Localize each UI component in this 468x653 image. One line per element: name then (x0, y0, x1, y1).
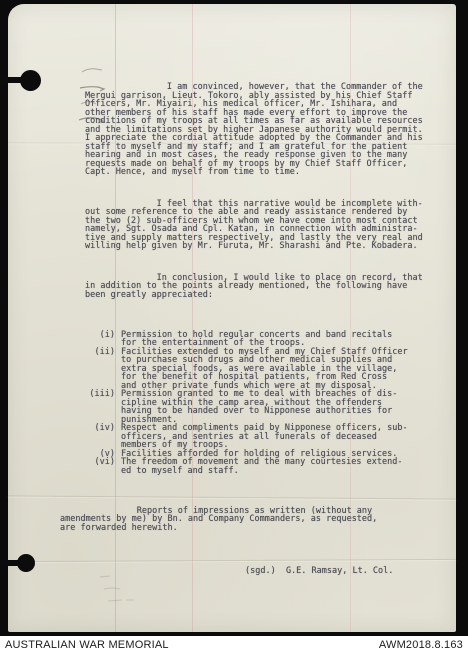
appreciation-list: (i)Permission to hold regular concerts a… (85, 331, 450, 476)
typewritten-text: I am convinced, however, that the Comman… (85, 66, 450, 592)
paragraph-3: In conclusion, I would like to place on … (85, 274, 450, 300)
list-item-text: Permission to hold regular concerts and … (121, 331, 392, 348)
closing-paragraph: Reports of impressions as written (witho… (60, 507, 450, 533)
list-item-number: (iv) (78, 424, 115, 450)
binder-hole-bottom (17, 554, 35, 572)
list-item-text: Facilities extended to myself and my Chi… (121, 348, 408, 391)
list-item: (i)Permission to hold regular concerts a… (78, 331, 450, 348)
caption-bar: AUSTRALIAN WAR MEMORIAL AWM2018.8.163 (0, 636, 468, 653)
list-item-number: (iii) (78, 390, 115, 424)
list-item: (ii)Facilities extended to myself and my… (78, 348, 450, 391)
scanned-page: I am convinced, however, that the Comman… (0, 0, 468, 636)
footer-accession-number: AWM2018.8.163 (379, 639, 463, 651)
list-item: (vi)The freedom of movement and the many… (78, 458, 450, 475)
list-item-text: Respect and compliments paid by Nippones… (121, 424, 408, 450)
list-item-number: (i) (78, 331, 115, 348)
list-item: (iii)Permission granted to me to deal wi… (78, 390, 450, 424)
list-item-number: (vi) (78, 458, 115, 475)
paragraph-1: I am convinced, however, that the Comman… (85, 83, 450, 177)
list-item-number: (ii) (78, 348, 115, 391)
binder-hole-top (20, 70, 41, 91)
list-item: (iv)Respect and compliments paid by Nipp… (78, 424, 450, 450)
paragraph-2: I feel that this narrative would be inco… (85, 200, 450, 251)
footer-archive-name: AUSTRALIAN WAR MEMORIAL (5, 639, 169, 651)
paper-sheet: I am convinced, however, that the Comman… (8, 4, 456, 632)
list-item-text: The freedom of movement and the many cou… (121, 458, 402, 475)
list-item-text: Permission granted to me to deal with br… (121, 390, 397, 424)
signature-line: (sgd.) G.E. Ramsay, Lt. Col. (85, 567, 450, 576)
